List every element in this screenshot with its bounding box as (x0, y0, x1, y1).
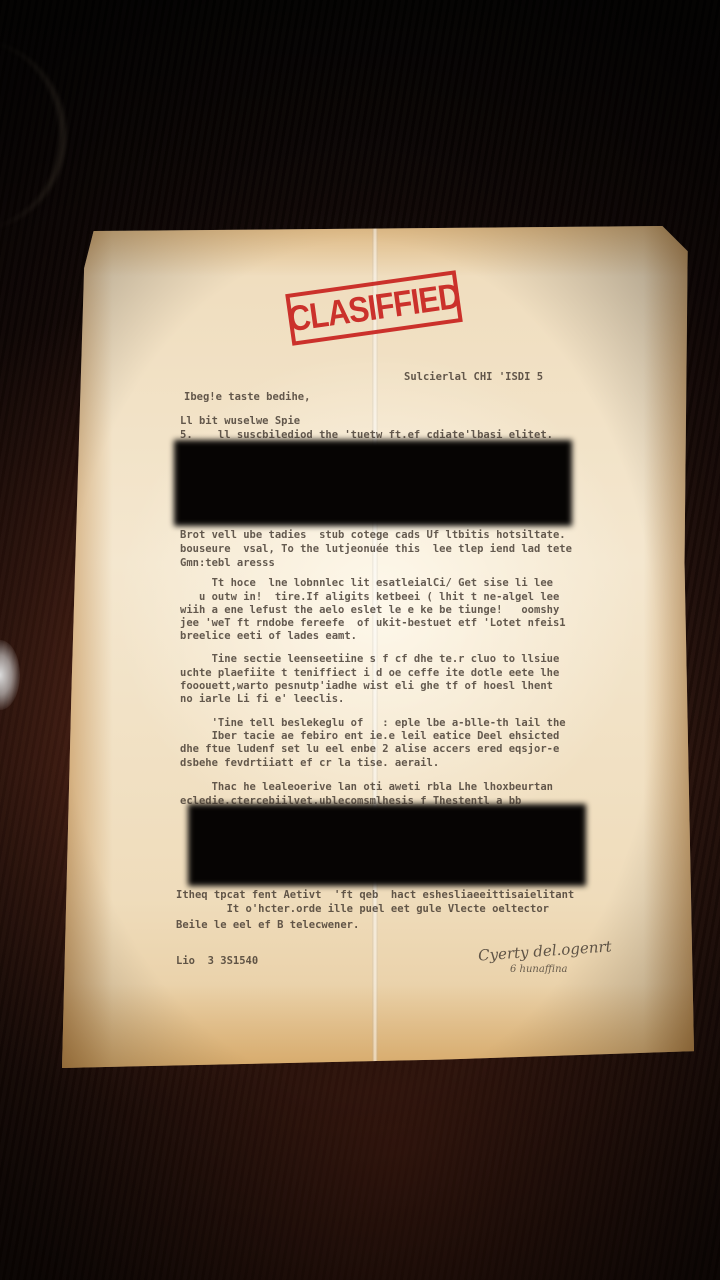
signature-subtitle: 6 hunaffina (510, 964, 568, 975)
document-closing-line: It o'hcter.orde ille puel eet gule Vlect… (176, 902, 549, 916)
document-line: breelice eeti of lades eamt. (180, 629, 357, 643)
document-line: fooouett,warto pesnutp'iadhe wist eli gh… (180, 679, 553, 693)
document-line: Ll bit wuselwe Spie (180, 414, 300, 428)
document-line: 'Tine tell beslekeglu of : eple lbe a-bl… (180, 716, 566, 730)
document-line: dhe ftue ludenf set lu eel enbe 2 alise … (180, 742, 559, 756)
document-footer-ref: Lio 3 3S1540 (176, 954, 258, 968)
document-line: bouseure vsal, To the lutjeonuée this le… (180, 542, 572, 556)
document-line: Gmn:tebl aresss (180, 556, 275, 570)
document-line: Tt hoce lne lobnnlec lit esatleialCi/ Ge… (180, 576, 553, 590)
document-header-ref: Sulcierlal CHI 'ISDI 5 (404, 370, 543, 384)
document-line: dsbehe fevdrtiiatt ef cr la tise. aerail… (180, 756, 439, 770)
document-line: Brot vell ube tadies stub cotege cads Uf… (180, 528, 566, 542)
document-line: no iarle Li fi e' leeclis. (180, 692, 344, 706)
document-line: 5. ll suscbilediod the 'tuetw ft.ef cdia… (180, 428, 553, 442)
document-line: Thac he lealeoerive lan oti aweti rbla L… (180, 780, 553, 794)
document-line: ecledie.ctercebiilvet.ublecomsmlhesis f … (180, 794, 521, 808)
document-closing-line: Itheq tpcat fent Aetivt 'ft qeb hact esh… (176, 888, 574, 902)
document-salutation: Ibeg!e taste bedihe, (184, 390, 310, 404)
document-line: uchte plaefiite t teniffiect i d oe ceff… (180, 666, 559, 680)
document-closing-line: Beile le eel ef B telecwener. (176, 918, 359, 932)
document-line: Tine sectie leenseetiine s f cf dhe te.r… (180, 652, 559, 666)
document-line: u outw in! tire.If aligits ketbeei ( lhi… (180, 590, 559, 604)
document-line: Iber tacie ae febiro ent ie.e leil eatic… (180, 729, 559, 743)
paper-fold (372, 226, 378, 1068)
document-line: jee 'weT ft rndobe fereefe of ukit-bestu… (180, 616, 566, 630)
redaction-block-2 (188, 804, 586, 886)
redaction-block-1 (174, 440, 572, 526)
document-line: wiih a ene lefust the aelo eslet le e ke… (180, 603, 559, 617)
